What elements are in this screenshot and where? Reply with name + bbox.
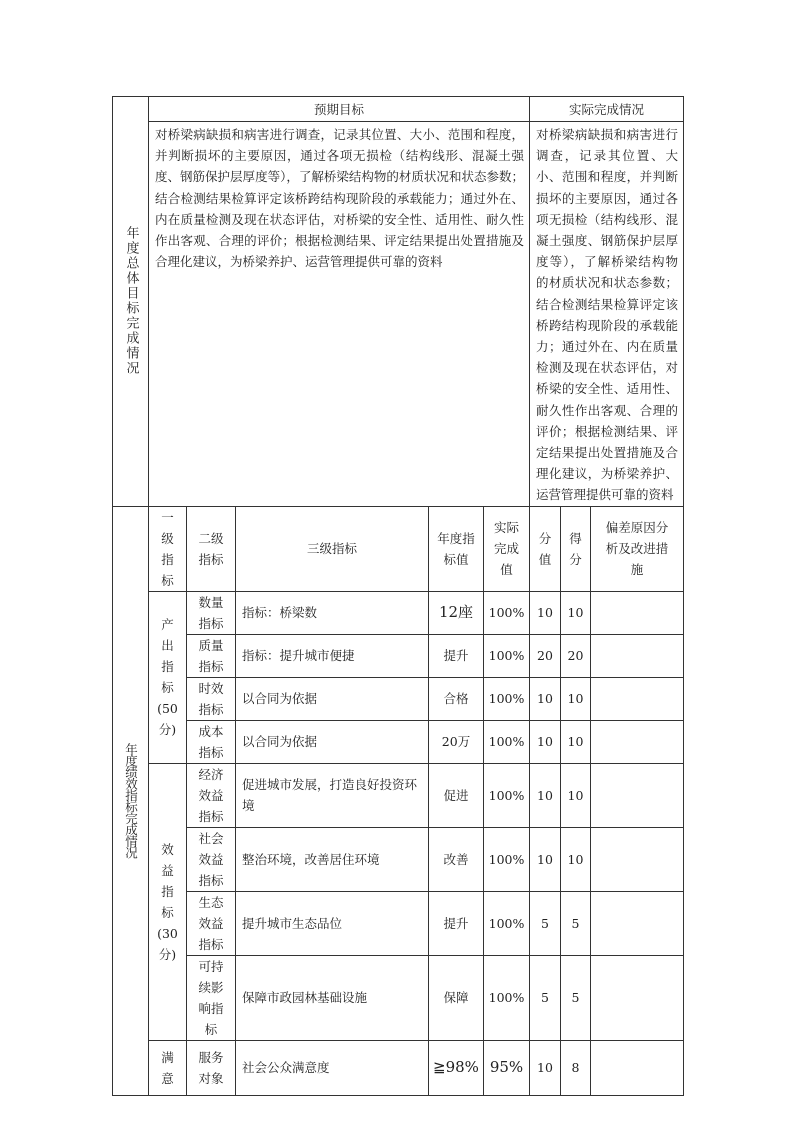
expected-goal-header: 预期目标 [149, 97, 530, 122]
header-deviation: 偏差原因分析及改进措施 [591, 506, 684, 591]
header-level3: 三级指标 [236, 506, 429, 591]
header-score-value: 分值 [530, 506, 561, 591]
table-row: 社会效益指标 整治环境，改善居住环境 改善 100% 10 10 [113, 827, 684, 891]
table-row: 成本指标 以合同为依据 20万 100% 10 10 [113, 720, 684, 763]
table-row: 效益指标(30分) 经济效益指标 促进城市发展，打造良好投资环境 促进 100%… [113, 763, 684, 827]
expected-goal-text: 对桥梁病缺损和病害进行调查，记录其位置、大小、范围和程度，并判断损坏的主要原因，… [149, 122, 530, 507]
overall-goal-label: 年度总体目标完成情况 [122, 226, 140, 376]
header-actual: 实际完成值 [484, 506, 530, 591]
header-level1: 一级指标 [149, 506, 187, 591]
header-level2: 二级指标 [187, 506, 236, 591]
performance-label: 年度绩效指标完成情况 [124, 743, 138, 858]
level1-satisfaction: 满意 [149, 1040, 187, 1095]
table-row: 产出指标(50分) 数量指标 指标：桥梁数 12座 100% 10 10 [113, 591, 684, 634]
performance-label-cell: 年度绩效指标完成情况 [113, 506, 149, 1095]
table-row: 生态效益指标 提升城市生态品位 提升 100% 5 5 [113, 891, 684, 955]
table-row: 时效指标 以合同为依据 合格 100% 10 10 [113, 677, 684, 720]
actual-completion-header: 实际完成情况 [530, 97, 684, 122]
level1-output: 产出指标(50分) [149, 591, 187, 763]
table-row: 质量指标 指标：提升城市便捷 提升 100% 20 20 [113, 634, 684, 677]
table-row: 满意 服务对象 社会公众满意度 ≧98% 95% 10 8 [113, 1040, 684, 1095]
table-row: 可持续影响指标 保障市政园林基础设施 保障 100% 5 5 [113, 955, 684, 1040]
actual-completion-text: 对桥梁病缺损和病害进行调查，记录其位置、大小、范围和程度，并判断损坏的主要原因，… [530, 122, 684, 507]
header-target: 年度指标值 [429, 506, 484, 591]
header-score: 得分 [561, 506, 591, 591]
overall-goal-label-cell: 年度总体目标完成情况 [113, 97, 149, 507]
level1-benefit: 效益指标(30分) [149, 763, 187, 1040]
performance-table: 年度总体目标完成情况 预期目标 实际完成情况 对桥梁病缺损和病害进行调查，记录其… [112, 96, 684, 1096]
